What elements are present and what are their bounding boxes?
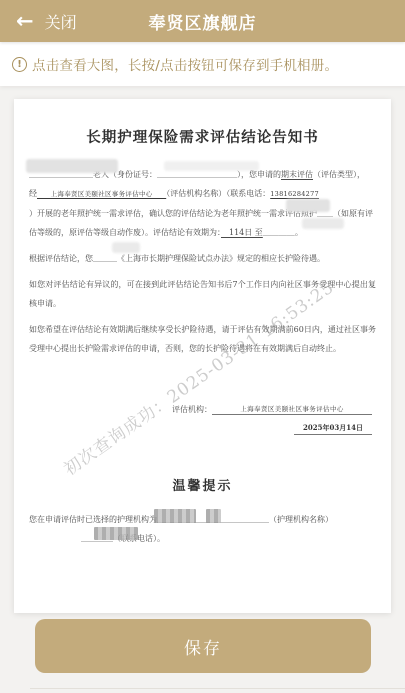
notice-text: 点击查看大图，长按/点击按钮可保存到手机相册。 bbox=[32, 54, 338, 74]
alert-circle-icon: ! bbox=[12, 57, 27, 72]
notice-bar: ! 点击查看大图，长按/点击按钮可保存到手机相册。 bbox=[0, 42, 405, 86]
top-nav-bar: 奉贤区旗舰店 ← 关闭 bbox=[0, 0, 405, 42]
agency-label: 评估机构： bbox=[172, 404, 212, 415]
close-button-label: 关闭 bbox=[45, 10, 77, 33]
close-button[interactable]: ← 关闭 bbox=[0, 0, 87, 42]
document-line: ＿＿＿＿＿＿＿＿老人（身份证号：＿＿＿＿＿＿＿＿＿＿），您申请的期末评估（评估类… bbox=[29, 165, 376, 184]
document-line: 根据评估结论，您＿＿＿《上海市长期护理保险试点办法》规定的相应长护险待遇。 bbox=[29, 249, 376, 268]
tips-line: ＿＿＿＿（联系电话）。 bbox=[81, 529, 376, 548]
document-paragraph: 如您希望在评估结论有效期满后继续享受长护险待遇，请于评估有效期满前60日内，通过… bbox=[29, 320, 376, 358]
tips-line: 您在申请评估时已选择的护理机构为＿＿＿＿＿＿＿＿＿＿＿＿＿＿（护理机构名称） bbox=[29, 510, 376, 529]
document-line: 经 上海奉贤区美颐社区事务评估中心 （评估机构名称）（联系电话：13816284… bbox=[29, 184, 376, 204]
document-line: 估等级的，原评估等级自动作废）。评估结论有效期为： 114日 至＿＿＿＿。 bbox=[29, 223, 376, 242]
save-button[interactable]: 保存 bbox=[35, 619, 371, 673]
agency-name: 上海奉贤区美颐社区事务评估中心 bbox=[212, 404, 372, 415]
document-image[interactable]: 长期护理保险需求评估结论告知书 ＿＿＿＿＿＿＿＿老人（身份证号：＿＿＿＿＿＿＿＿… bbox=[14, 99, 391, 613]
back-arrow-icon: ← bbox=[16, 11, 34, 32]
bottom-divider bbox=[30, 688, 405, 689]
document-paragraph: 如您对评估结论有异议的，可在接到此评估结论告知书后7个工作日内向社区事务受理中心… bbox=[29, 275, 376, 313]
document-line: ）开展的老年照护统一需求评估，确认您的评估结论为老年照护统一需求评估照护＿＿（如… bbox=[29, 204, 376, 223]
signature-date: 2025年03月14日 bbox=[294, 423, 372, 435]
signature-block: 评估机构： 上海奉贤区美颐社区事务评估中心 2025年03月14日 bbox=[29, 404, 376, 435]
document-title: 长期护理保险需求评估结论告知书 bbox=[29, 126, 376, 147]
tips-title: 温馨提示 bbox=[29, 475, 376, 494]
